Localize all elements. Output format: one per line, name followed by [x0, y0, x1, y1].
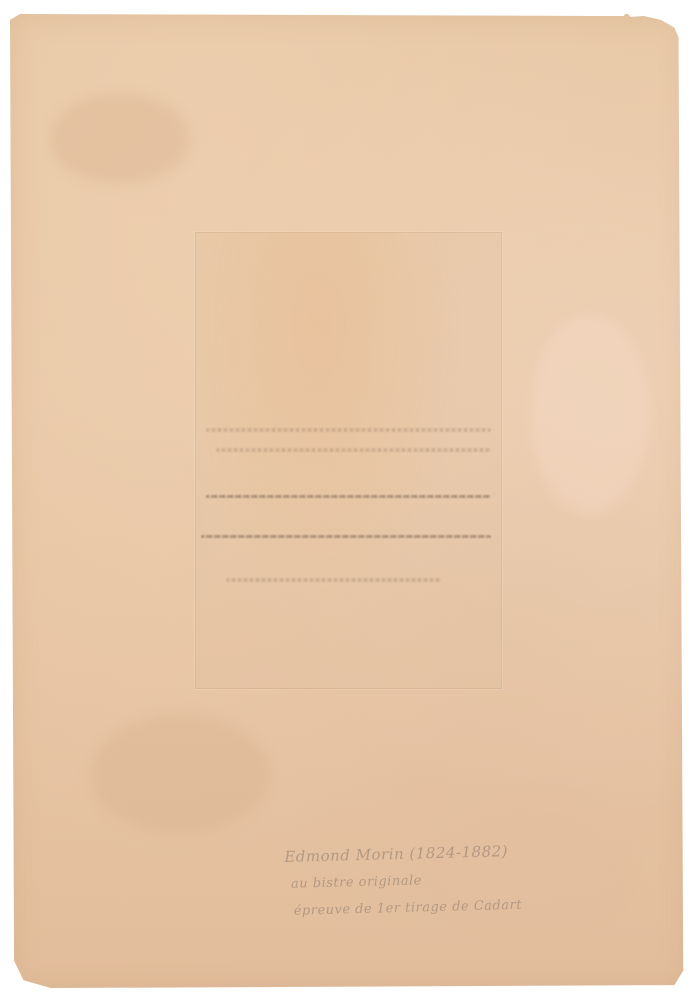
show-through-line: [206, 495, 491, 498]
paper-stain: [50, 94, 190, 184]
image-canvas: Edmond Morin (1824-1882) au bistre origi…: [0, 0, 696, 1000]
pencil-annotation: Edmond Morin (1824-1882) au bistre origi…: [284, 836, 586, 925]
paper-stain: [530, 314, 650, 514]
paper-stain: [90, 714, 270, 834]
show-through-line: [206, 428, 491, 432]
show-through-line: [216, 448, 491, 452]
show-through-line: [201, 535, 491, 538]
show-through-line: [226, 578, 441, 582]
plate-impression: [195, 232, 502, 689]
